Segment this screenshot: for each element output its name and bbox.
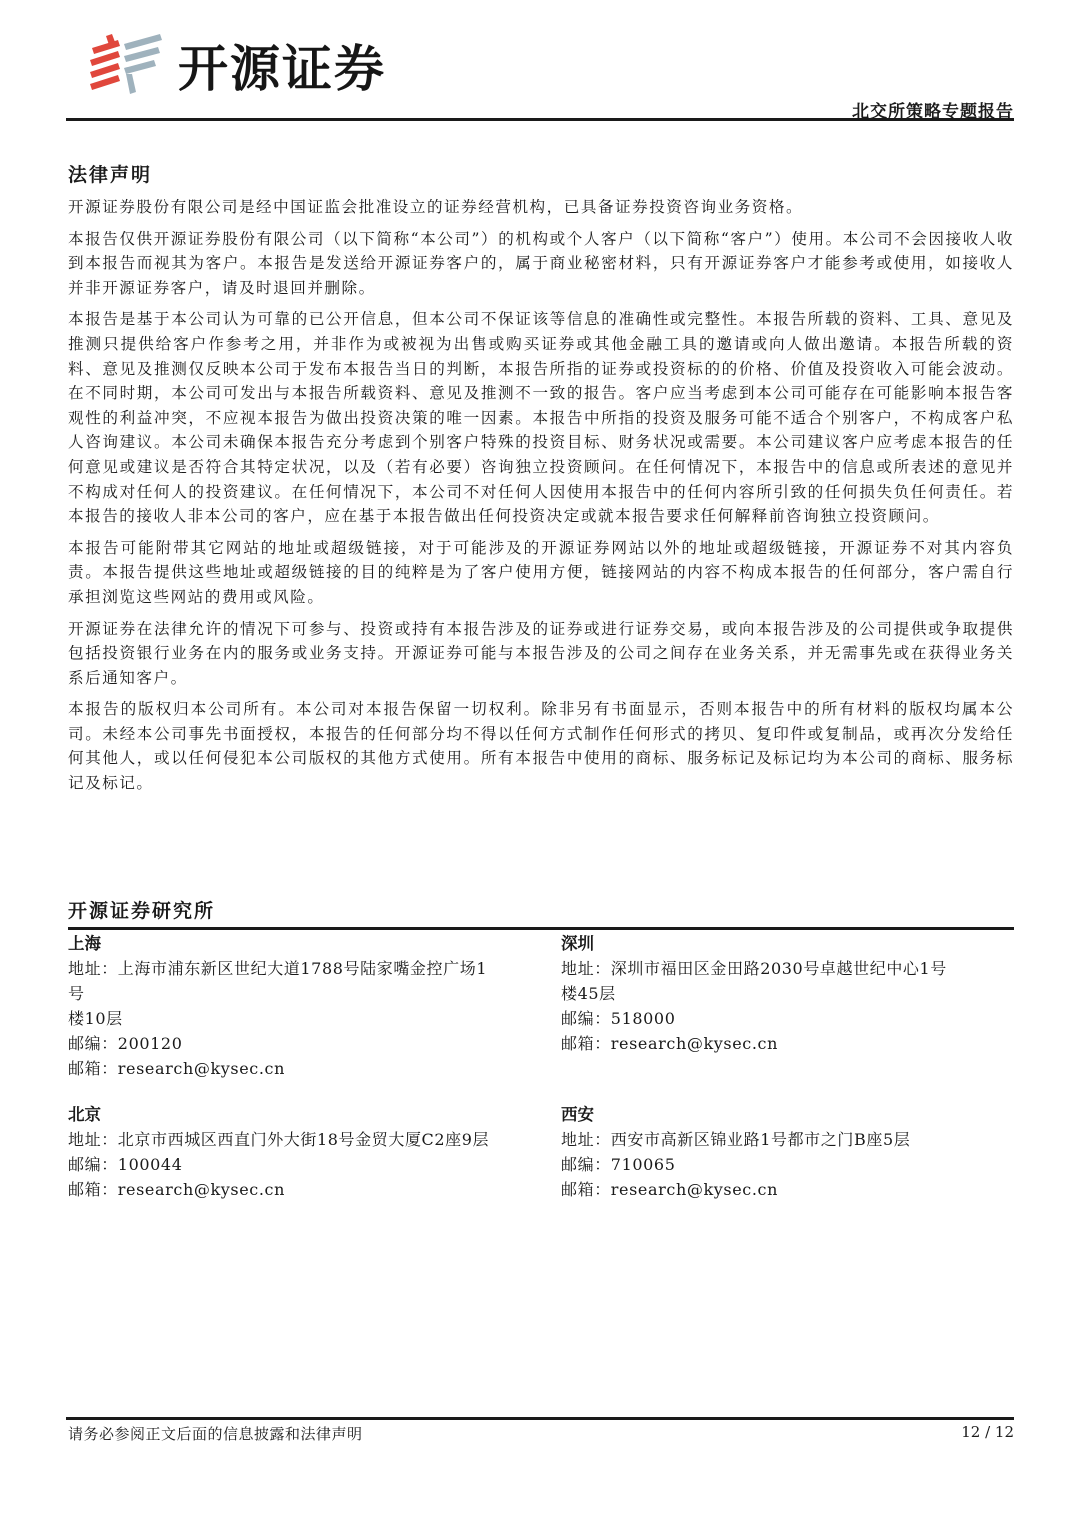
brand-name: 开源证券 <box>178 29 386 101</box>
office-address-cont: 楼45层 <box>561 981 1014 1006</box>
office-city: 北京 <box>68 1103 561 1127</box>
office-beijing: 北京 地址：北京市西城区西直门外大街18号金贸大厦C2座9层 邮编：100044… <box>68 1103 561 1202</box>
legal-statement-title: 法律声明 <box>68 160 1014 187</box>
kaiyuan-logo-icon <box>88 34 164 96</box>
office-city: 西安 <box>561 1103 1014 1127</box>
office-email[interactable]: 邮箱：research@kysec.cn <box>68 1056 561 1081</box>
office-xian: 西安 地址：西安市高新区锦业路1号都市之门B座5层 邮编：710065 邮箱：r… <box>561 1103 1014 1202</box>
legal-paragraph: 开源证券在法律允许的情况下可参与、投资或持有本报告涉及的证券或进行证券交易，或向… <box>68 617 1014 691</box>
header-divider <box>66 118 1014 121</box>
footer-divider <box>66 1417 1014 1420</box>
office-city: 深圳 <box>561 932 1014 956</box>
office-shanghai: 上海 地址：上海市浦东新区世纪大道1788号陆家嘴金控广场1 号 楼10层 邮编… <box>68 932 561 1081</box>
office-address: 地址：北京市西城区西直门外大街18号金贸大厦C2座9层 <box>68 1127 561 1152</box>
office-postcode: 邮编：518000 <box>561 1006 1014 1031</box>
legal-paragraph: 本报告可能附带其它网站的地址或超级链接，对于可能涉及的开源证券网站以外的地址或超… <box>68 536 1014 610</box>
office-city: 上海 <box>68 932 561 956</box>
office-postcode: 邮编：100044 <box>68 1152 561 1177</box>
office-shenzhen: 深圳 地址：深圳市福田区金田路2030号卓越世纪中心1号 楼45层 邮编：518… <box>561 932 1014 1081</box>
office-address-cont: 号 <box>68 981 561 1006</box>
office-postcode: 邮编：710065 <box>561 1152 1014 1177</box>
office-address-cont: 楼10层 <box>68 1006 561 1031</box>
legal-paragraph: 本报告是基于本公司认为可靠的已公开信息，但本公司不保证该等信息的准确性或完整性。… <box>68 307 1014 528</box>
legal-paragraph: 本报告仅供开源证券股份有限公司（以下简称“本公司”）的机构或个人客户（以下简称“… <box>68 227 1014 301</box>
legal-paragraph: 本报告的版权归本公司所有。本公司对本报告保留一切权利。除非另有书面显示，否则本报… <box>68 697 1014 795</box>
office-grid: 上海 地址：上海市浦东新区世纪大道1788号陆家嘴金控广场1 号 楼10层 邮编… <box>68 932 1014 1202</box>
institute-title: 开源证券研究所 <box>68 896 1014 927</box>
research-institute-section: 开源证券研究所 上海 地址：上海市浦东新区世纪大道1788号陆家嘴金控广场1 号… <box>68 896 1014 1202</box>
footer-disclaimer-note: 请务必参阅正文后面的信息披露和法律声明 <box>68 1423 363 1444</box>
institute-divider <box>68 927 1014 930</box>
office-email[interactable]: 邮箱：research@kysec.cn <box>68 1177 561 1202</box>
brand-logo: 开源证券 <box>88 30 386 100</box>
office-address: 地址：深圳市福田区金田路2030号卓越世纪中心1号 <box>561 956 1014 981</box>
office-email[interactable]: 邮箱：research@kysec.cn <box>561 1031 1014 1056</box>
office-address: 地址：上海市浦东新区世纪大道1788号陆家嘴金控广场1 <box>68 956 561 981</box>
legal-paragraph: 开源证券股份有限公司是经中国证监会批准设立的证券经营机构，已具备证券投资咨询业务… <box>68 195 1014 220</box>
office-address: 地址：西安市高新区锦业路1号都市之门B座5层 <box>561 1127 1014 1152</box>
office-email[interactable]: 邮箱：research@kysec.cn <box>561 1177 1014 1202</box>
page-number: 12 / 12 <box>961 1423 1014 1441</box>
office-postcode: 邮编：200120 <box>68 1031 561 1056</box>
legal-statement-section: 法律声明 开源证券股份有限公司是经中国证监会批准设立的证券经营机构，已具备证券投… <box>68 160 1014 803</box>
